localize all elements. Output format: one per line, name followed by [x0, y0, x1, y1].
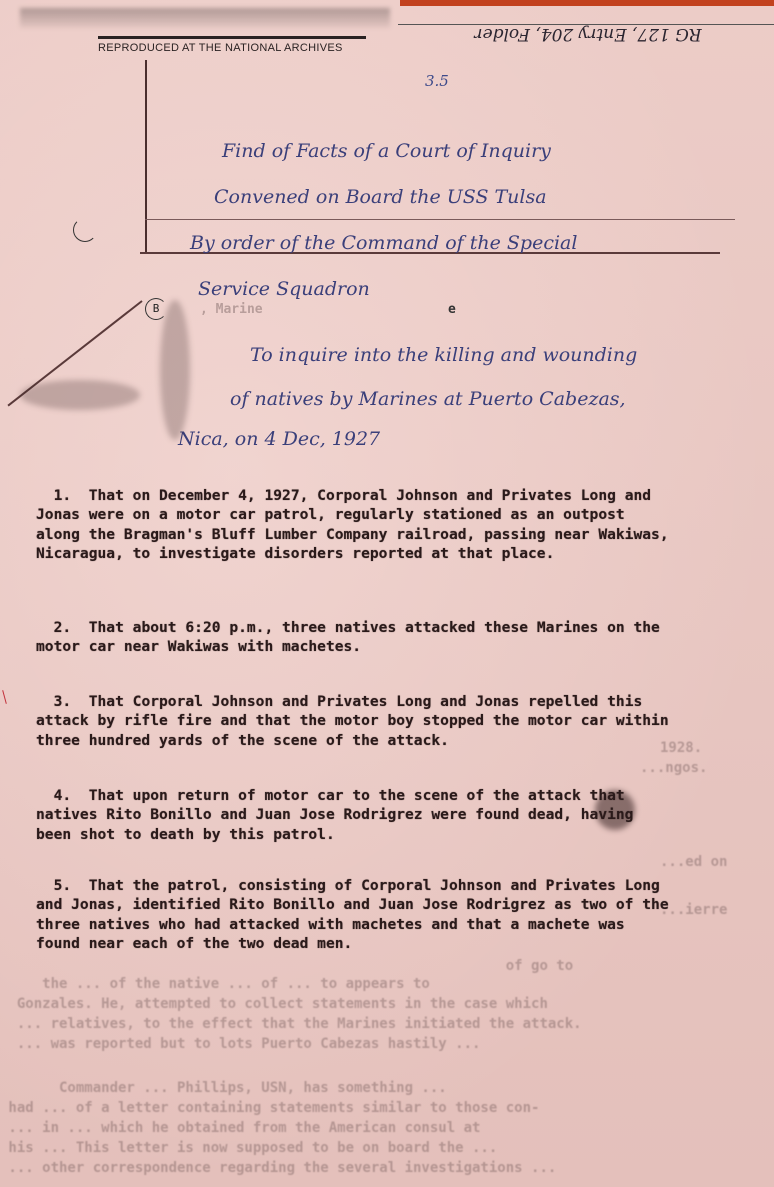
bleed-through-line: Gonzales. He, attempted to collect state…: [0, 994, 774, 1014]
circle-e-mark: e: [448, 302, 456, 317]
page-edge: [400, 0, 774, 6]
bleed-through-line: ... in ... which he obtained from the Am…: [0, 1118, 774, 1138]
paragraph-text: That on December 4, 1927, Corporal Johns…: [36, 487, 677, 563]
handwritten-heading-line-2: Convened on Board the USS Tulsa: [214, 186, 547, 208]
handwritten-heading-line-7: Nica, on 4 Dec, 1927: [178, 428, 380, 450]
finding-paragraph-2: 2. That about 6:20 p.m., three natives a…: [36, 598, 676, 657]
archives-stamp: REPRODUCED AT THE NATIONAL ARCHIVES: [98, 36, 366, 54]
side-bleed-text: ...ngos.: [640, 758, 770, 778]
photocopy-speckle: [20, 380, 140, 410]
photocopy-speckle: [160, 300, 190, 440]
photocopy-smudge: [20, 8, 390, 28]
paragraph-number: 2.: [54, 619, 72, 636]
circle-b-mark: B: [145, 298, 167, 320]
finding-paragraph-3: 3. That Corporal Johnson and Privates Lo…: [36, 672, 676, 750]
handwritten-heading-line-3: By order of the Command of the Special: [190, 232, 577, 254]
handwritten-heading-line-4: Service Squadron: [198, 278, 370, 300]
bleed-through-line: Commander ... Phillips, USN, has somethi…: [0, 1078, 774, 1098]
paragraph-text: That the patrol, consisting of Corporal …: [36, 877, 677, 953]
fold-line-vertical: [145, 60, 147, 253]
side-bleed-text: ...ed on: [660, 852, 770, 872]
bleed-through-line: of go to: [0, 956, 774, 976]
page-mark: 3.5: [425, 72, 449, 90]
finding-paragraph-1: 1. That on December 4, 1927, Corporal Jo…: [36, 466, 676, 564]
paragraph-number: 3.: [54, 693, 72, 710]
bleed-through-line: the ... of the native ... of ... to appe…: [0, 974, 774, 994]
handwritten-heading-line-6: of natives by Marines at Puerto Cabezas,: [230, 388, 626, 410]
paragraph-number: 4.: [54, 787, 72, 804]
finding-paragraph-4: 4. That upon return of motor car to the …: [36, 766, 676, 844]
bleed-through-line: his ... This letter is now supposed to b…: [0, 1138, 774, 1158]
paragraph-text: That about 6:20 p.m., three natives atta…: [36, 619, 669, 656]
handwritten-heading-line-5: To inquire into the killing and wounding: [250, 344, 637, 366]
bleed-through-line: ... was reported but to lots Puerto Cabe…: [0, 1034, 774, 1054]
side-bleed-text: 1928.: [660, 738, 770, 758]
circle-mark: [73, 218, 97, 242]
paragraph-number: 1.: [54, 487, 72, 504]
handwritten-heading-line-1: Find of Facts of a Court of Inquiry: [222, 140, 551, 162]
paragraph-text: That upon return of motor car to the sce…: [36, 787, 642, 843]
finding-paragraph-5: 5. That the patrol, consisting of Corpor…: [36, 856, 676, 954]
bleed-through-line: ... relatives, to the effect that the Ma…: [0, 1014, 774, 1034]
bleed-through-line: ... other correspondence regarding the s…: [0, 1158, 774, 1178]
side-bleed-text: ...ierre: [660, 900, 770, 920]
paragraph-number: 5.: [54, 877, 72, 894]
faint-typed-line: , Marine: [200, 302, 263, 317]
bleed-through-line: had ... of a letter containing statement…: [0, 1098, 774, 1118]
archive-note-inverted: RG 127, Entry 204, Folder: [418, 24, 758, 44]
paragraph-text: That Corporal Johnson and Privates Long …: [36, 693, 677, 749]
fold-line-horizontal: [145, 219, 735, 220]
